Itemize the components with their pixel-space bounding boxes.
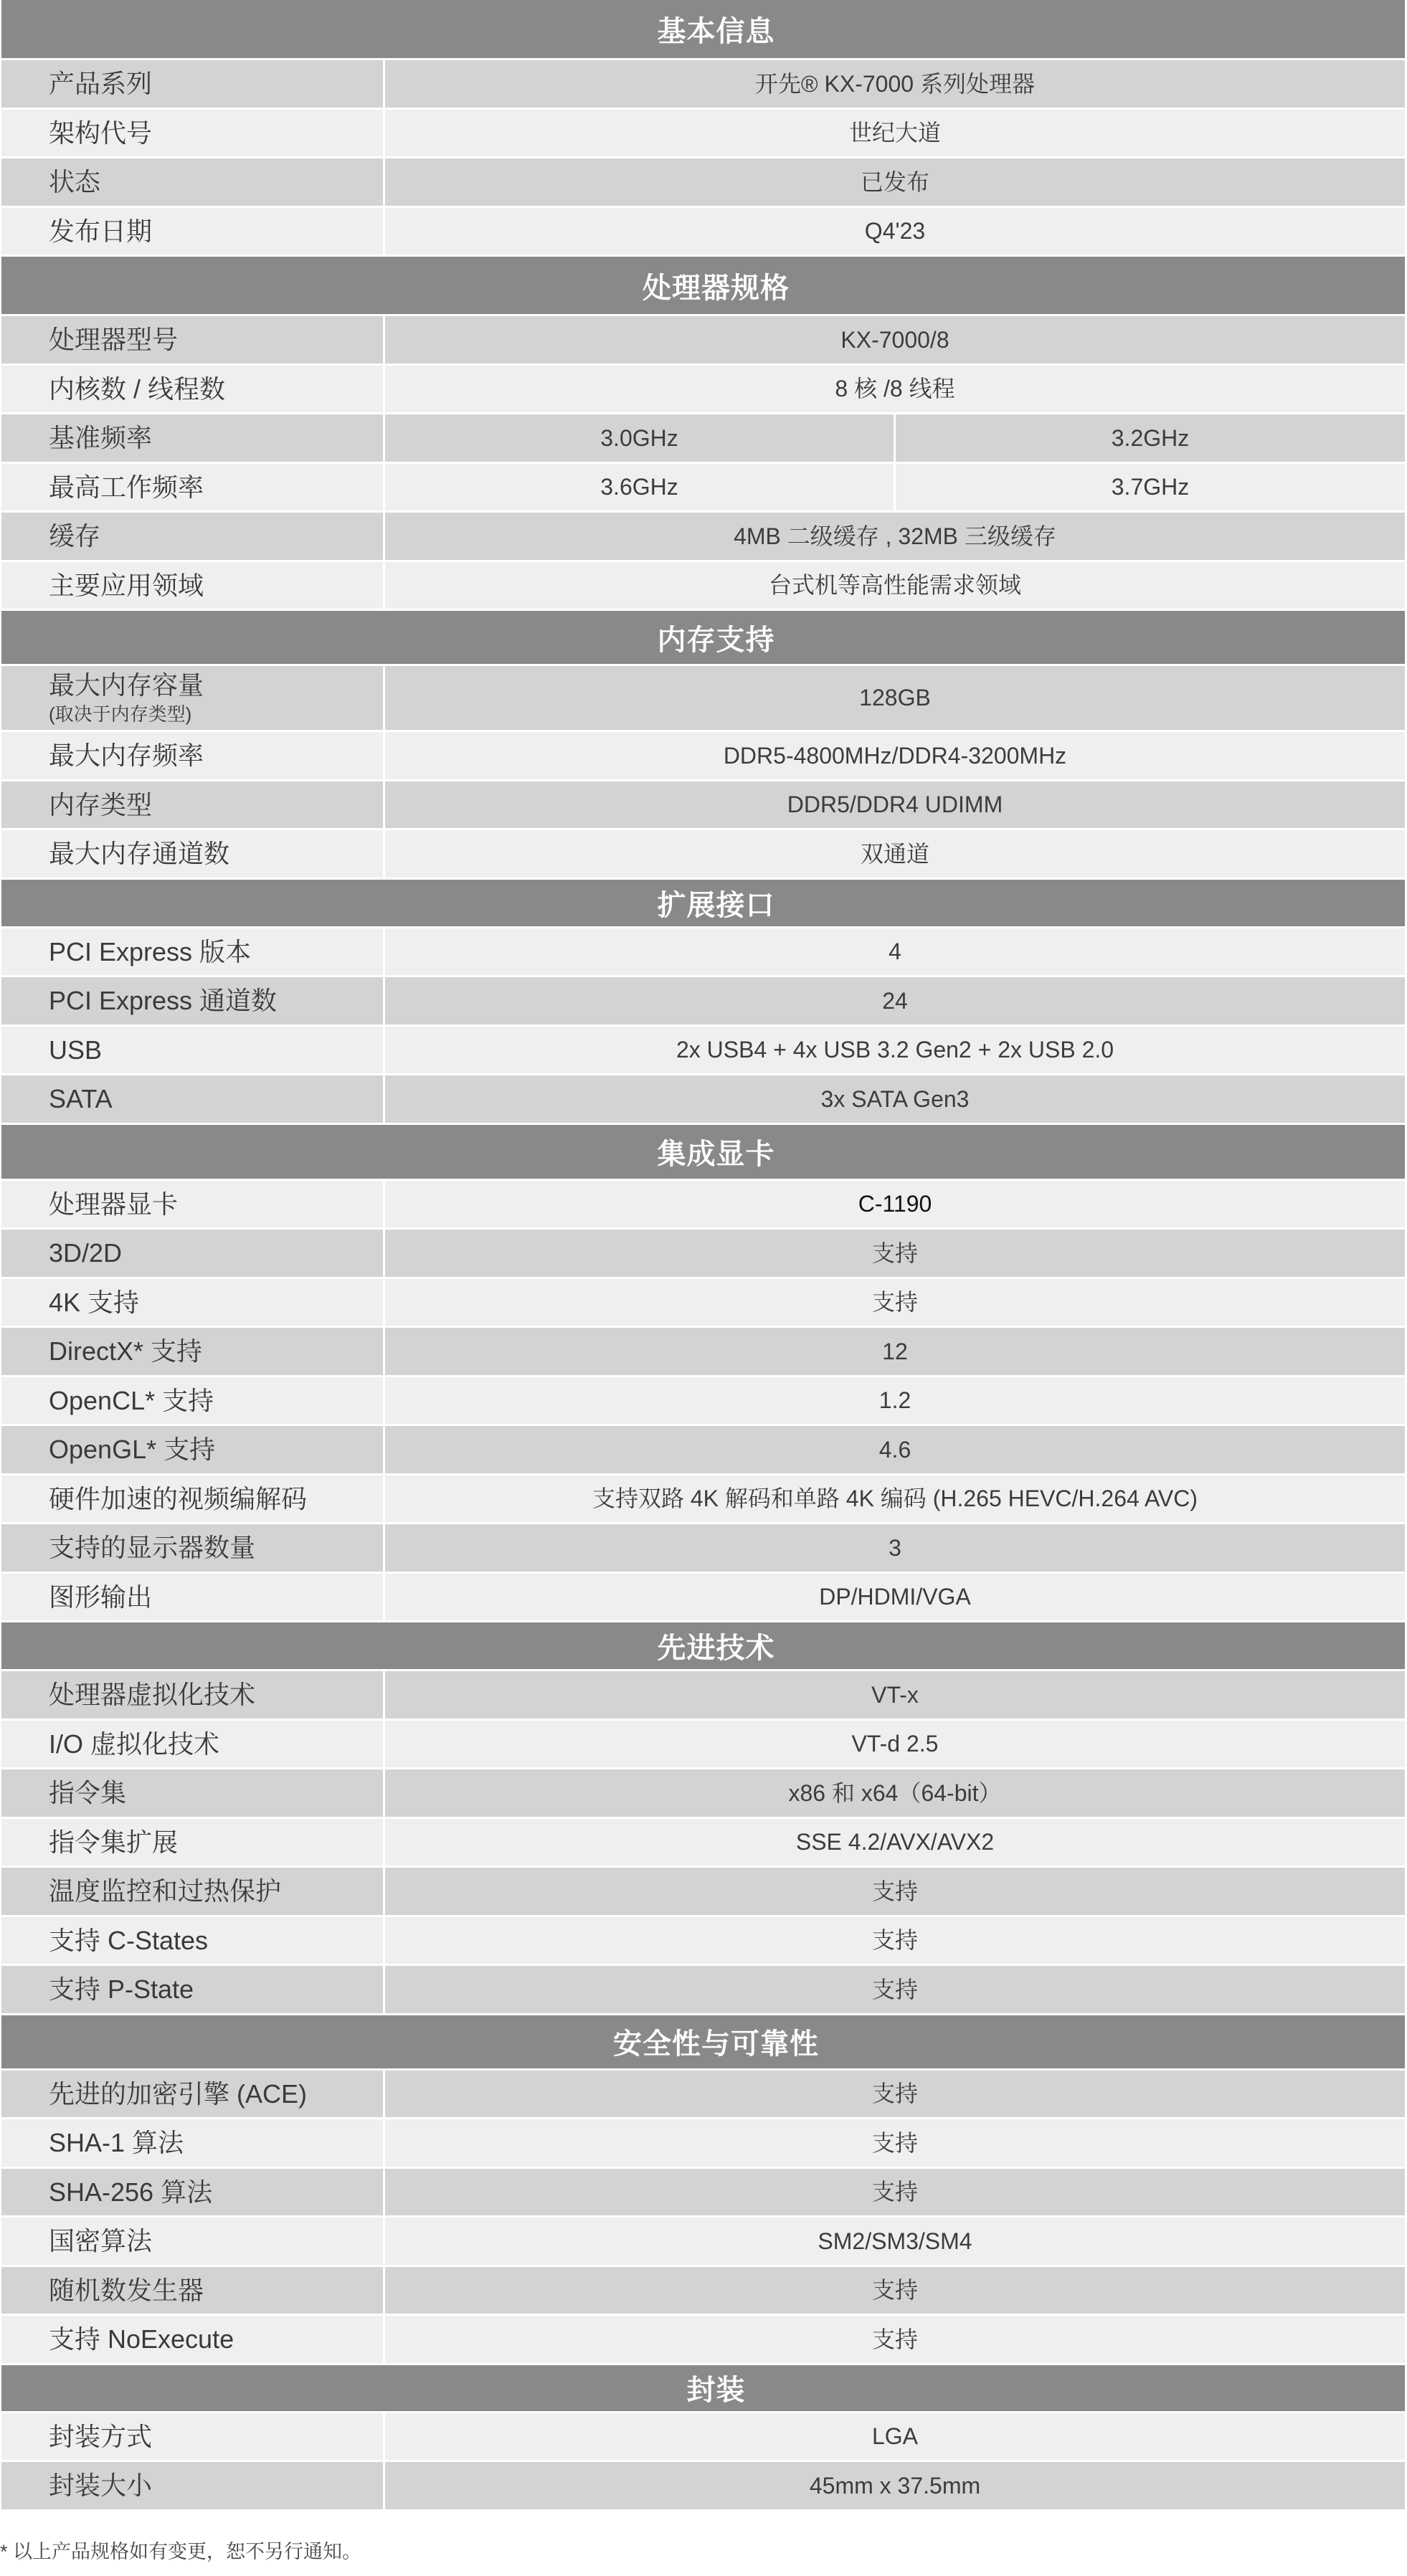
spec-value: 4 bbox=[385, 928, 1405, 976]
row-memory-type: 内存类型 DDR5/DDR4 UDIMM bbox=[1, 781, 1405, 829]
spec-value: 1.2 bbox=[385, 1377, 1405, 1425]
row-directx-support: DirectX* 支持 12 bbox=[1, 1328, 1405, 1375]
spec-label: I/O 虚拟化技术 bbox=[1, 1721, 383, 1768]
row-ace: 先进的加密引擎 (ACE) 支持 bbox=[1, 2071, 1405, 2118]
row-package-type: 封装方式 LGA bbox=[1, 2413, 1405, 2461]
spec-label: SHA-256 算法 bbox=[1, 2169, 383, 2216]
spec-value: 128GB bbox=[385, 666, 1405, 730]
spec-label: 最高工作频率 bbox=[1, 464, 383, 511]
section-header-package: 封装 bbox=[1, 2365, 1405, 2411]
row-opengl-support: OpenGL* 支持 4.6 bbox=[1, 1426, 1405, 1473]
spec-label: 基准频率 bbox=[1, 414, 383, 462]
spec-label: 内核数 / 线程数 bbox=[1, 366, 383, 413]
spec-value: SSE 4.2/AVX/AVX2 bbox=[385, 1819, 1405, 1866]
spec-label: 指令集 bbox=[1, 1769, 383, 1817]
row-sata: SATA 3x SATA Gen3 bbox=[1, 1075, 1405, 1123]
spec-value: DDR5/DDR4 UDIMM bbox=[385, 781, 1405, 829]
row-hw-video-codec: 硬件加速的视频编解码 支持双路 4K 解码和单路 4K 编码 (H.265 HE… bbox=[1, 1475, 1405, 1523]
spec-value: SM2/SM3/SM4 bbox=[385, 2218, 1405, 2265]
section-header-graphics: 集成显卡 bbox=[1, 1125, 1405, 1179]
spec-label: 最大内存容量 (取决于内存类型) bbox=[1, 666, 383, 730]
spec-label: 随机数发生器 bbox=[1, 2267, 383, 2314]
spec-value: LGA bbox=[385, 2413, 1405, 2461]
spec-label: SHA-1 算法 bbox=[1, 2119, 383, 2167]
spec-label: 3D/2D bbox=[1, 1230, 383, 1277]
spec-label: 最大内存频率 bbox=[1, 732, 383, 779]
spec-value: C-1190 bbox=[385, 1181, 1405, 1228]
spec-label: OpenGL* 支持 bbox=[1, 1426, 383, 1473]
spec-label: 处理器虚拟化技术 bbox=[1, 1671, 383, 1719]
spec-label: 支持的显示器数量 bbox=[1, 1524, 383, 1572]
spec-label: DirectX* 支持 bbox=[1, 1328, 383, 1375]
spec-value: 开先® KX-7000 系列处理器 bbox=[385, 60, 1405, 108]
spec-value: 4MB 二级缓存 , 32MB 三级缓存 bbox=[385, 513, 1405, 560]
section-header-memory: 内存支持 bbox=[1, 611, 1405, 664]
row-pcie-version: PCI Express 版本 4 bbox=[1, 928, 1405, 976]
spec-value: 支持双路 4K 解码和单路 4K 编码 (H.265 HEVC/H.264 AV… bbox=[385, 1475, 1405, 1523]
spec-value: 支持 bbox=[385, 1966, 1405, 2013]
spec-label: 状态 bbox=[1, 158, 383, 206]
row-c-states: 支持 C-States 支持 bbox=[1, 1917, 1405, 1964]
row-opencl-support: OpenCL* 支持 1.2 bbox=[1, 1377, 1405, 1425]
row-cores-threads: 内核数 / 线程数 8 核 /8 线程 bbox=[1, 366, 1405, 413]
spec-value: 支持 bbox=[385, 2169, 1405, 2216]
row-pcie-lanes: PCI Express 通道数 24 bbox=[1, 977, 1405, 1025]
spec-value: 支持 bbox=[385, 2119, 1405, 2167]
spec-value: VT-x bbox=[385, 1671, 1405, 1719]
row-architecture-codename: 架构代号 世纪大道 bbox=[1, 110, 1405, 157]
spec-label-note: (取决于内存类型) bbox=[49, 701, 191, 727]
spec-label: 图形输出 bbox=[1, 1574, 383, 1621]
spec-label: 最大内存通道数 bbox=[1, 830, 383, 878]
spec-value-a: 3.6GHz bbox=[385, 464, 894, 511]
row-4k-support: 4K 支持 支持 bbox=[1, 1279, 1405, 1326]
spec-value: 支持 bbox=[385, 2316, 1405, 2363]
row-noexecute: 支持 NoExecute 支持 bbox=[1, 2316, 1405, 2363]
spec-value: 台式机等高性能需求领域 bbox=[385, 562, 1405, 609]
spec-label: 发布日期 bbox=[1, 208, 383, 255]
spec-value: 支持 bbox=[385, 1868, 1405, 1915]
spec-label: OpenCL* 支持 bbox=[1, 1377, 383, 1425]
spec-value-a: 3.0GHz bbox=[385, 414, 894, 462]
row-status: 状态 已发布 bbox=[1, 158, 1405, 206]
spec-label: 封装大小 bbox=[1, 2462, 383, 2509]
spec-label: 4K 支持 bbox=[1, 1279, 383, 1326]
spec-value-b: 3.2GHz bbox=[896, 414, 1405, 462]
row-launch-date: 发布日期 Q4'23 bbox=[1, 208, 1405, 255]
row-3d-2d: 3D/2D 支持 bbox=[1, 1230, 1405, 1277]
row-instruction-set: 指令集 x86 和 x64（64-bit） bbox=[1, 1769, 1405, 1817]
row-display-count: 支持的显示器数量 3 bbox=[1, 1524, 1405, 1572]
launch-date-value: Q4'23 bbox=[385, 208, 1405, 255]
row-thermal-monitoring: 温度监控和过热保护 支持 bbox=[1, 1868, 1405, 1915]
spec-label: 内存类型 bbox=[1, 781, 383, 829]
spec-value: 3 bbox=[385, 1524, 1405, 1572]
spec-value: DDR5-4800MHz/DDR4-3200MHz bbox=[385, 732, 1405, 779]
spec-value: VT-d 2.5 bbox=[385, 1721, 1405, 1768]
spec-label: 处理器型号 bbox=[1, 316, 383, 363]
spec-label: 缓存 bbox=[1, 513, 383, 560]
row-sha1: SHA-1 算法 支持 bbox=[1, 2119, 1405, 2167]
row-graphics-output: 图形输出 DP/HDMI/VGA bbox=[1, 1574, 1405, 1621]
spec-value-b: 3.7GHz bbox=[896, 464, 1405, 511]
row-processor-model: 处理器型号 KX-7000/8 bbox=[1, 316, 1405, 363]
spec-label: 主要应用领域 bbox=[1, 562, 383, 609]
spec-label-main: 最大内存容量 bbox=[49, 670, 204, 701]
spec-label: 产品系列 bbox=[1, 60, 383, 108]
spec-label: 先进的加密引擎 (ACE) bbox=[1, 2071, 383, 2118]
spec-value: 支持 bbox=[385, 2071, 1405, 2118]
spec-value: 双通道 bbox=[385, 830, 1405, 878]
spec-table: 基本信息 产品系列 开先® KX-7000 系列处理器 架构代号 世纪大道 状态… bbox=[1, 0, 1405, 2511]
spec-value: 12 bbox=[385, 1328, 1405, 1375]
spec-label: 架构代号 bbox=[1, 110, 383, 157]
spec-label: 硬件加速的视频编解码 bbox=[1, 1475, 383, 1523]
footnote: * 以上产品规格如有变更，恕不另行通知。 bbox=[0, 2540, 361, 2563]
row-base-frequency: 基准频率 3.0GHz 3.2GHz bbox=[1, 414, 1405, 462]
row-max-memory-capacity: 最大内存容量 (取决于内存类型) 128GB bbox=[1, 666, 1405, 730]
spec-label: 温度监控和过热保护 bbox=[1, 1868, 383, 1915]
spec-value: 4.6 bbox=[385, 1426, 1405, 1473]
section-header-processor-specs: 处理器规格 bbox=[1, 257, 1405, 314]
spec-label: 国密算法 bbox=[1, 2218, 383, 2265]
spec-value: KX-7000/8 bbox=[385, 316, 1405, 363]
spec-value: 支持 bbox=[385, 1230, 1405, 1277]
spec-value: 支持 bbox=[385, 1279, 1405, 1326]
spec-label: 支持 NoExecute bbox=[1, 2316, 383, 2363]
row-processor-graphics: 处理器显卡 C-1190 bbox=[1, 1181, 1405, 1228]
spec-label: 支持 C-States bbox=[1, 1917, 383, 1964]
row-product-series: 产品系列 开先® KX-7000 系列处理器 bbox=[1, 60, 1405, 108]
spec-value: 支持 bbox=[385, 2267, 1405, 2314]
section-header-advanced-tech: 先进技术 bbox=[1, 1622, 1405, 1669]
row-rng: 随机数发生器 支持 bbox=[1, 2267, 1405, 2314]
spec-value: 8 核 /8 线程 bbox=[385, 366, 1405, 413]
spec-value: x86 和 x64（64-bit） bbox=[385, 1769, 1405, 1817]
row-max-memory-channels: 最大内存通道数 双通道 bbox=[1, 830, 1405, 878]
spec-label: 指令集扩展 bbox=[1, 1819, 383, 1866]
row-target-segment: 主要应用领域 台式机等高性能需求领域 bbox=[1, 562, 1405, 609]
spec-label: 支持 P-State bbox=[1, 1966, 383, 2013]
row-cache: 缓存 4MB 二级缓存 , 32MB 三级缓存 bbox=[1, 513, 1405, 560]
row-max-memory-frequency: 最大内存频率 DDR5-4800MHz/DDR4-3200MHz bbox=[1, 732, 1405, 779]
spec-label: SATA bbox=[1, 1075, 383, 1123]
spec-value: 24 bbox=[385, 977, 1405, 1025]
spec-label: PCI Express 通道数 bbox=[1, 977, 383, 1025]
section-header-security: 安全性与可靠性 bbox=[1, 2015, 1405, 2068]
section-header-basic-info: 基本信息 bbox=[1, 0, 1405, 58]
spec-value: 世纪大道 bbox=[385, 110, 1405, 157]
row-p-state: 支持 P-State 支持 bbox=[1, 1966, 1405, 2013]
spec-label: 处理器显卡 bbox=[1, 1181, 383, 1228]
row-cpu-virtualization: 处理器虚拟化技术 VT-x bbox=[1, 1671, 1405, 1719]
spec-label: USB bbox=[1, 1027, 383, 1074]
status-value: 已发布 bbox=[385, 158, 1405, 206]
row-sm-algorithms: 国密算法 SM2/SM3/SM4 bbox=[1, 2218, 1405, 2265]
spec-value: 45mm x 37.5mm bbox=[385, 2462, 1405, 2509]
row-io-virtualization: I/O 虚拟化技术 VT-d 2.5 bbox=[1, 1721, 1405, 1768]
spec-value: 支持 bbox=[385, 1917, 1405, 1964]
spec-value: 3x SATA Gen3 bbox=[385, 1075, 1405, 1123]
spec-value: 2x USB4 + 4x USB 3.2 Gen2 + 2x USB 2.0 bbox=[385, 1027, 1405, 1074]
row-instruction-set-extensions: 指令集扩展 SSE 4.2/AVX/AVX2 bbox=[1, 1819, 1405, 1866]
section-header-expansion: 扩展接口 bbox=[1, 880, 1405, 926]
spec-label: 封装方式 bbox=[1, 2413, 383, 2461]
row-sha256: SHA-256 算法 支持 bbox=[1, 2169, 1405, 2216]
row-package-size: 封装大小 45mm x 37.5mm bbox=[1, 2462, 1405, 2509]
spec-label: PCI Express 版本 bbox=[1, 928, 383, 976]
row-max-frequency: 最高工作频率 3.6GHz 3.7GHz bbox=[1, 464, 1405, 511]
row-usb: USB 2x USB4 + 4x USB 3.2 Gen2 + 2x USB 2… bbox=[1, 1027, 1405, 1074]
spec-value: DP/HDMI/VGA bbox=[385, 1574, 1405, 1621]
